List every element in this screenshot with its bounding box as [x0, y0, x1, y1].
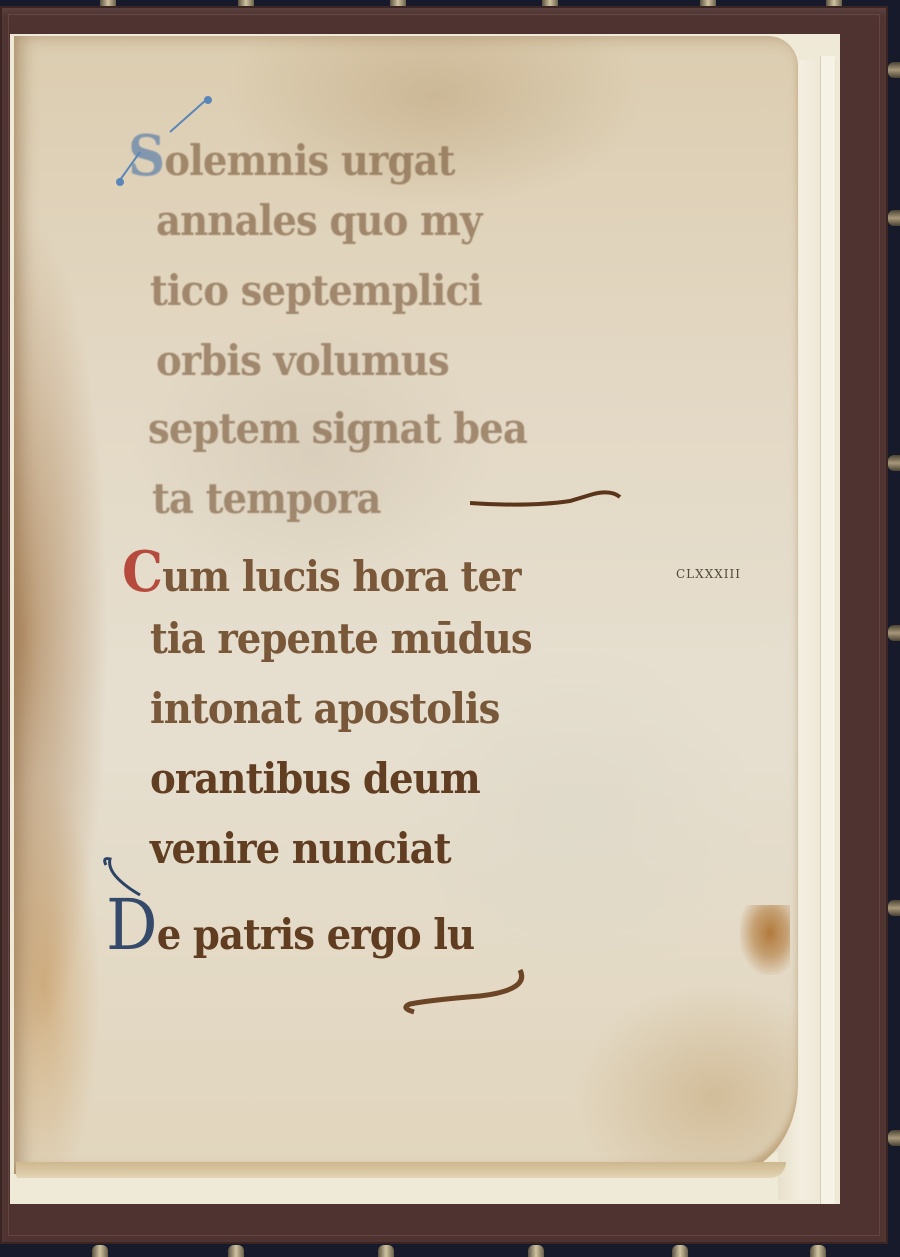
decorated-initial: C: [122, 539, 162, 605]
text-line: septem signat bea: [148, 404, 527, 453]
frame-pin: [888, 900, 900, 916]
text-line: ta tempora: [152, 474, 381, 523]
frame-pin: [810, 1245, 826, 1257]
frame-pin: [888, 455, 900, 471]
text-line: tico septemplici: [150, 266, 482, 315]
line-text: e patris ergo lu: [157, 910, 474, 959]
leaf-bottom-edge: [16, 1162, 786, 1178]
text-line: orantibus deum: [150, 754, 480, 803]
line-text: orbis volumus: [156, 336, 449, 385]
text-line: annales quo my: [156, 196, 482, 245]
frame-pin: [672, 1245, 688, 1257]
frame-pin: [92, 1245, 108, 1257]
frame-pin: [888, 62, 900, 78]
folio-number: CLXXXIII: [676, 567, 741, 581]
descender-flourish-icon: [400, 960, 540, 1020]
line-text: venire nunciat: [150, 824, 451, 873]
text-line: venire nunciat: [150, 824, 451, 873]
line-text: tia repente mūdus: [150, 614, 532, 663]
line-text: septem signat bea: [148, 404, 527, 453]
line-text: annales quo my: [156, 196, 482, 245]
line-text: intonat apostolis: [150, 684, 499, 733]
edge-stain: [740, 905, 790, 975]
line-text: orantibus deum: [150, 754, 480, 803]
line-text: um lucis hora ter: [162, 552, 520, 601]
frame-pin: [378, 1245, 394, 1257]
d-initial-hairline-icon: [100, 855, 150, 905]
penwork-flourish-icon: [110, 92, 220, 192]
mount-edge: [820, 56, 835, 1204]
frame-pin: [228, 1245, 244, 1257]
text-line: orbis volumus: [156, 336, 449, 385]
line-filler-icon: [470, 485, 630, 515]
text-line: tia repente mūdus: [150, 614, 532, 663]
frame-pin: [888, 210, 900, 226]
text-line: intonat apostolis: [150, 684, 499, 733]
line-text: ta tempora: [152, 474, 381, 523]
frame-pin: [888, 625, 900, 641]
text-line: Cum lucis hora ter: [122, 544, 521, 601]
line-text: tico septemplici: [150, 266, 482, 315]
frame-pin: [528, 1245, 544, 1257]
text-line: De patris ergo lu: [106, 890, 474, 960]
frame-pin: [888, 1130, 900, 1146]
